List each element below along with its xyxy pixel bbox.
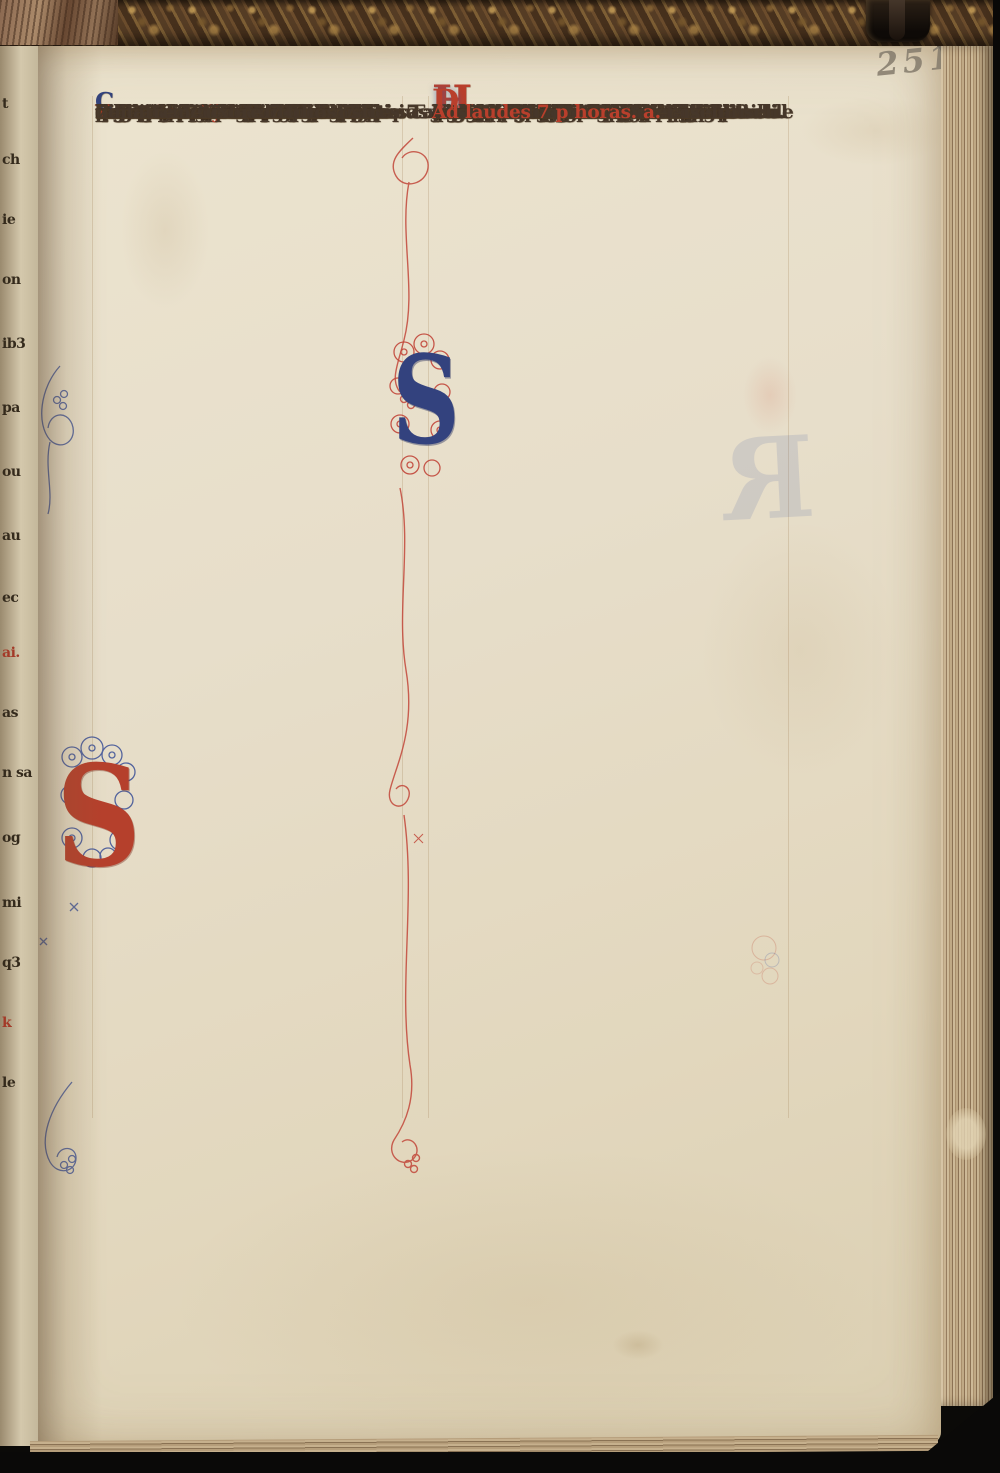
ruling-line: [428, 96, 429, 1118]
fabric-band: [0, 0, 1000, 46]
facing-page-text-fragment: au: [2, 528, 20, 544]
facing-page-text-fragment: n sa: [2, 765, 32, 781]
facing-page-text-fragment: ou: [2, 464, 21, 480]
facing-page-text-fragment: mi: [2, 895, 21, 911]
parchment-page: [36, 44, 941, 1444]
facing-page-text-fragment: ai.: [2, 645, 20, 661]
facing-page-text-fragment: ib3: [2, 336, 25, 352]
facing-page-text-fragment: pa: [2, 400, 20, 416]
page-edge-stack: [941, 46, 993, 1406]
bookmark-strap: [889, 0, 905, 40]
facing-page-text-fragment: ie: [2, 212, 15, 228]
facing-page-text-fragment: ec: [2, 590, 18, 606]
page-edge-blob: [946, 1108, 986, 1160]
facing-page-strip: tchieonib3paouauecai.asn saogmiq3kle: [0, 44, 38, 1446]
ruling-line: [788, 96, 789, 1118]
facing-page-text-fragment: on: [2, 272, 21, 288]
background-right: [993, 0, 1000, 1473]
facing-page-text-fragment: ch: [2, 152, 20, 168]
book-fore-edge-corner: [0, 0, 118, 45]
facing-page-text-fragment: q3: [2, 955, 21, 971]
text-run: Ad laudes 7 p horas. a.: [432, 102, 661, 123]
manuscript-photo: R S S ·CCXXXXV· 251 uilescut aio oia que…: [0, 0, 1000, 1473]
facing-page-text-fragment: k: [2, 1015, 11, 1031]
text-run: 7 matre. 7 uxore 7 filios 7 fres 7: [95, 102, 419, 123]
facing-page-text-fragment: as: [2, 705, 18, 721]
facing-page-text-fragment: le: [2, 1075, 15, 1091]
gutter-shadow: [38, 44, 102, 1446]
facing-page-text-fragment: t: [2, 96, 8, 112]
background-bottom: [0, 1452, 1000, 1473]
showthrough-red-ghost: [742, 356, 798, 434]
ruling-line: [402, 96, 403, 1118]
facing-page-text-fragment: og: [2, 830, 20, 846]
